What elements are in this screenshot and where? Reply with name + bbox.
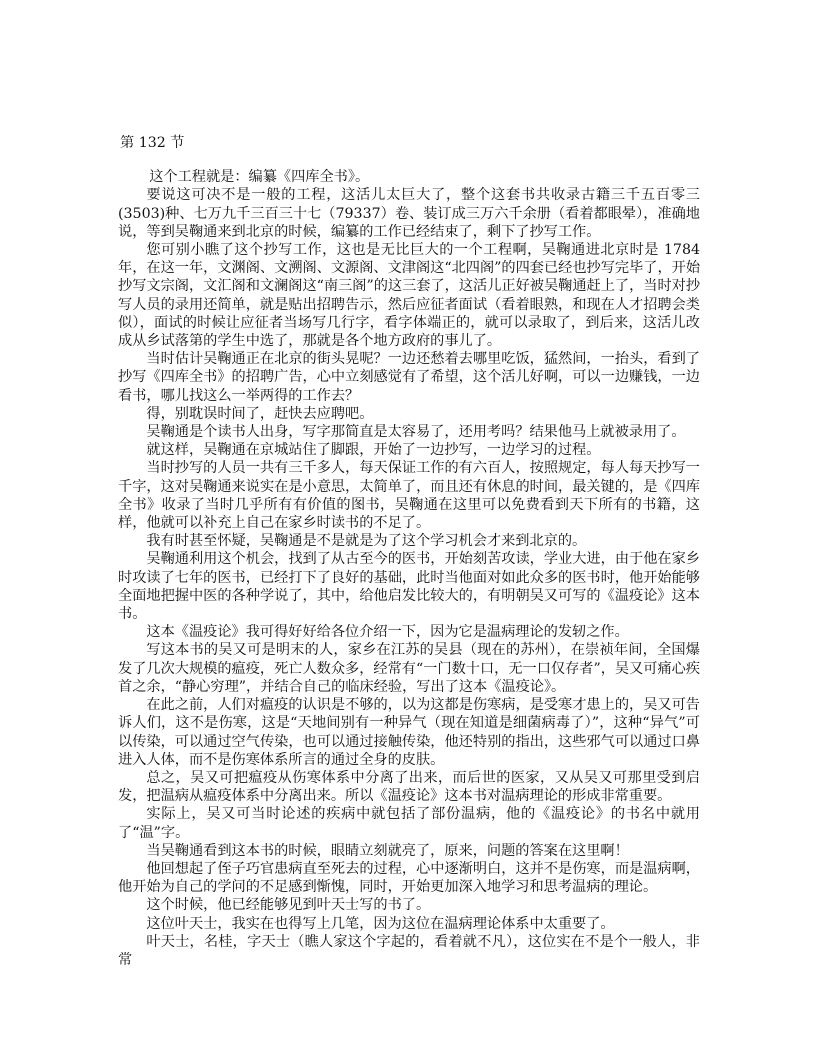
paragraph: 这位叶天士，我实在也得写上几笔，因为这位在温病理论体系中太重要了。 <box>118 915 700 933</box>
paragraph: 就这样，吴鞠通在京城站住了脚跟，开始了一边抄写，一边学习的过程。 <box>118 441 700 459</box>
paragraph: 这个时候，他已经能够见到叶天士写的书了。 <box>118 896 700 914</box>
paragraph: 写这本书的吴又可是明末的人，家乡在江苏的吴县（现在的苏州），在崇祯年间，全国爆发… <box>118 641 700 696</box>
paragraph: 当时估计吴鞠通正在北京的街头晃呢？一边还愁着去哪里吃饭，猛然间，一抬头，看到了抄… <box>118 350 700 405</box>
paragraph: 要说这可决不是一般的工程，这活儿太巨大了，整个这套书共收录古籍三千五百零三(35… <box>118 186 700 241</box>
paragraph: 在此之前，人们对瘟疫的认识是不够的，以为这都是伤寒病，是受寒才患上的，吴又可告诉… <box>118 696 700 769</box>
paragraph: 这个工程就是：编纂《四库全书》。 <box>118 168 700 186</box>
paragraph: 我有时甚至怀疑，吴鞠通是不是就是为了这个学习机会才来到北京的。 <box>118 532 700 550</box>
document-page: 第 132 节 这个工程就是：编纂《四库全书》。 要说这可决不是一般的工程，这活… <box>118 134 700 969</box>
document-body: 这个工程就是：编纂《四库全书》。 要说这可决不是一般的工程，这活儿太巨大了，整个… <box>118 168 700 969</box>
paragraph: 当时抄写的人员一共有三千多人，每天保证工作的有六百人，按照规定，每人每天抄写一千… <box>118 459 700 532</box>
paragraph: 总之，吴又可把瘟疫从伤寒体系中分离了出来，而后世的医家，又从吴又可那里受到启发，… <box>118 769 700 805</box>
paragraph: 您可别小瞧了这个抄写工作，这也是无比巨大的一个工程啊，吴鞠通进北京时是 1784… <box>118 241 700 350</box>
paragraph: 实际上，吴又可当时论述的疾病中就包括了部份温病，他的《温疫论》的书名中就用了“温… <box>118 805 700 841</box>
paragraph: 得，别耽误时间了，赶快去应聘吧。 <box>118 405 700 423</box>
paragraph: 他回想起了侄子巧官患病直至死去的过程，心中逐渐明白，这并不是伤寒，而是温病啊，他… <box>118 860 700 896</box>
chapter-title: 第 132 节 <box>120 134 700 152</box>
paragraph: 这本《温疫论》我可得好好给各位介绍一下，因为它是温病理论的发轫之作。 <box>118 623 700 641</box>
paragraph: 当吴鞠通看到这本书的时候，眼睛立刻就亮了，原来，问题的答案在这里啊！ <box>118 842 700 860</box>
paragraph: 吴鞠通利用这个机会，找到了从古至今的医书，开始刻苦攻读，学业大进，由于他在家乡时… <box>118 550 700 623</box>
paragraph: 吴鞠通是个读书人出身，写字那简直是太容易了，还用考吗？结果他马上就被录用了。 <box>118 423 700 441</box>
paragraph: 叶天士，名桂，字天士（瞧人家这个字起的，看着就不凡），这位实在不是个一般人，非常 <box>118 933 700 969</box>
